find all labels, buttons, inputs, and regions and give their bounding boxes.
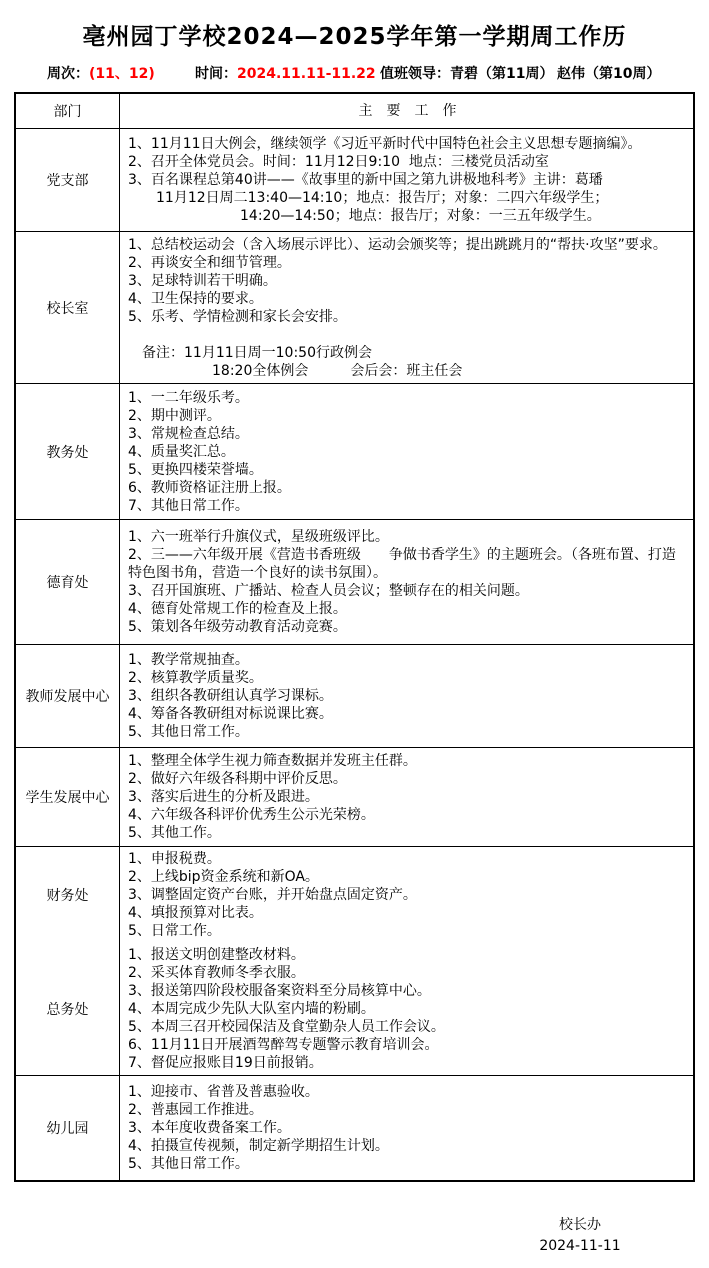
duty-label: 值班领导：: [380, 66, 450, 82]
work-line: 5、其他日常工作。: [128, 723, 687, 741]
dept-cell: 财务处: [16, 847, 120, 943]
work-line: 2、做好六年级各科期中评价反思。: [128, 770, 687, 788]
work-line: 4、质量奖汇总。: [128, 443, 687, 461]
footer-date: 2024-11-11: [500, 1236, 660, 1257]
table-row-finance-office: 财务处 1、申报税费。2、上线bip资金系统和新OA。3、调整固定资产台账，并开…: [16, 847, 693, 943]
work-line: [128, 326, 687, 344]
work-line: 3、调整固定资产台账，并开始盘点固定资产。: [128, 886, 687, 904]
duty-leader-field: 值班领导：青碧（第11周）: [380, 63, 553, 83]
table-row-party-branch: 党支部 1、11月11日大例会，继续领学《习近平新时代中国特色社会主义思想专题摘…: [16, 129, 693, 232]
week-label: 周次：: [47, 66, 89, 82]
work-line: 5、其他工作。: [128, 824, 687, 842]
time-value: 2024.11.11-11.22: [237, 66, 376, 82]
work-line: 2、三——六年级开展《营造书香班级 争做书香学生》的主题班会。（各班布置、打造特…: [128, 546, 687, 582]
work-line: 5、乐考、学情检测和家长会安排。: [128, 308, 687, 326]
work-line: 1、报送文明创建整改材料。: [128, 946, 687, 964]
work-cell: 1、教学常规抽查。2、核算教学质量奖。3、组织各教研组认真学习课标。4、筹备各教…: [120, 645, 693, 747]
work-line: 14:20—14:50；地点：报告厅；对象：一三五年级学生。: [128, 207, 687, 225]
header-work-cell: 主 要 工 作: [120, 94, 693, 128]
table-row-academic-office: 教务处 1、一二年级乐考。2、期中测评。3、常规检查总结。4、质量奖汇总。5、更…: [16, 384, 693, 520]
work-line: 2、期中测评。: [128, 407, 687, 425]
work-line: 6、教师资格证注册上报。: [128, 479, 687, 497]
work-line: 5、其他日常工作。: [128, 1155, 687, 1173]
work-schedule-table: 部门 主 要 工 作 党支部 1、11月11日大例会，继续领学《习近平新时代中国…: [14, 92, 695, 1182]
work-cell: 1、一二年级乐考。2、期中测评。3、常规检查总结。4、质量奖汇总。5、更换四楼荣…: [120, 384, 693, 519]
work-cell: 1、六一班举行升旗仪式，星级班级评比。2、三——六年级开展《营造书香班级 争做书…: [120, 520, 693, 644]
meta-bar: 周次：(11、12) 时间：2024.11.11-11.22 值班领导：青碧（第…: [0, 63, 709, 85]
work-line: 4、拍摄宣传视频，制定新学期招生计划。: [128, 1137, 687, 1155]
work-line: 3、落实后进生的分析及跟进。: [128, 788, 687, 806]
work-line: 1、一二年级乐考。: [128, 389, 687, 407]
dept-cell: 教师发展中心: [16, 645, 120, 747]
work-line: 备注：11月11日周一10:50行政例会: [128, 344, 687, 362]
work-line: 11月12日周二13:40—14:10；地点：报告厅；对象：二四六年级学生；: [128, 189, 687, 207]
work-line: 4、本周完成少先队大队室内墙的粉刷。: [128, 1000, 687, 1018]
duty-leader-field-2: 赵伟（第10周）: [557, 63, 660, 83]
work-line: 3、百名课程总第40讲——《故事里的新中国之第九讲极地科考》主讲：葛璠: [128, 171, 687, 189]
work-line: 3、本年度收费备案工作。: [128, 1119, 687, 1137]
work-cell: 1、报送文明创建整改材料。2、采买体育教师冬季衣服。3、报送第四阶段校服备案资料…: [120, 943, 693, 1075]
work-line: 7、督促应报账目19日前报销。: [128, 1054, 687, 1072]
work-line: 4、六年级各科评价优秀生公示光荣榜。: [128, 806, 687, 824]
document-page: 亳州园丁学校2024—2025学年第一学期周工作历 周次：(11、12) 时间：…: [0, 0, 709, 1268]
duty-value-1: 青碧（第11周）: [450, 66, 553, 82]
duty-value-2: 赵伟（第10周）: [557, 66, 660, 82]
dept-cell: 德育处: [16, 520, 120, 644]
dept-cell: 校长室: [16, 232, 120, 383]
work-line: 3、报送第四阶段校服备案资料至分局核算中心。: [128, 982, 687, 1000]
work-line: 5、本周三召开校园保洁及食堂勤杂人员工作会议。: [128, 1018, 687, 1036]
work-line: 7、其他日常工作。: [128, 497, 687, 515]
time-label: 时间：: [195, 66, 237, 82]
work-line: 5、策划各年级劳动教育活动竞赛。: [128, 618, 687, 636]
work-line: 6、11月11日开展酒驾醉驾专题警示教育培训会。: [128, 1036, 687, 1054]
work-cell: 1、迎接市、省普及普惠验收。2、普惠园工作推进。3、本年度收费备案工作。4、拍摄…: [120, 1076, 693, 1180]
table-header-row: 部门 主 要 工 作: [16, 94, 693, 129]
work-line: 1、11月11日大例会，继续领学《习近平新时代中国特色社会主义思想专题摘编》。: [128, 135, 687, 153]
work-line: 1、整理全体学生视力筛查数据并发班主任群。: [128, 752, 687, 770]
work-line: 4、筹备各教研组对标说课比赛。: [128, 705, 687, 723]
dept-cell: 幼儿园: [16, 1076, 120, 1180]
work-line: 2、再谈安全和细节管理。: [128, 254, 687, 272]
work-line: 1、六一班举行升旗仪式，星级班级评比。: [128, 528, 687, 546]
dept-cell: 党支部: [16, 129, 120, 231]
footer-signature: 校长办 2024-11-11: [500, 1215, 660, 1257]
time-field: 时间：2024.11.11-11.22: [195, 63, 376, 83]
work-line: 2、召开全体党员会。时间：11月12日9:10 地点：三楼党员活动室: [128, 153, 687, 171]
work-line: 4、卫生保持的要求。: [128, 290, 687, 308]
table-row-kindergarten: 幼儿园 1、迎接市、省普及普惠验收。2、普惠园工作推进。3、本年度收费备案工作。…: [16, 1076, 693, 1180]
work-line: 2、核算教学质量奖。: [128, 669, 687, 687]
work-line: 4、德育处常规工作的检查及上报。: [128, 600, 687, 618]
week-field: 周次：(11、12): [47, 63, 155, 83]
table-row-general-affairs: 总务处 1、报送文明创建整改材料。2、采买体育教师冬季衣服。3、报送第四阶段校服…: [16, 943, 693, 1076]
footer-office: 校长办: [500, 1215, 660, 1236]
dept-cell: 总务处: [16, 943, 120, 1075]
work-line: 1、总结校运动会（含入场展示评比）、运动会颁奖等；提出跳跳月的“帮扶·攻坚”要求…: [128, 236, 687, 254]
work-line: 3、组织各教研组认真学习课标。: [128, 687, 687, 705]
table-row-teacher-development: 教师发展中心 1、教学常规抽查。2、核算教学质量奖。3、组织各教研组认真学习课标…: [16, 645, 693, 748]
work-line: 2、上线bip资金系统和新OA。: [128, 868, 687, 886]
work-line: 5、日常工作。: [128, 922, 687, 940]
work-line: 1、教学常规抽查。: [128, 651, 687, 669]
work-line: 18:20全体例会 会后会：班主任会: [128, 362, 687, 380]
work-line: 5、更换四楼荣誉墙。: [128, 461, 687, 479]
work-line: 3、足球特训若干明确。: [128, 272, 687, 290]
dept-cell: 教务处: [16, 384, 120, 519]
page-title: 亳州园丁学校2024—2025学年第一学期周工作历: [0, 18, 709, 51]
table-row-principal-office: 校长室 1、总结校运动会（含入场展示评比）、运动会颁奖等；提出跳跳月的“帮扶·攻…: [16, 232, 693, 384]
dept-cell: 学生发展中心: [16, 748, 120, 846]
table-row-moral-education: 德育处 1、六一班举行升旗仪式，星级班级评比。2、三——六年级开展《营造书香班级…: [16, 520, 693, 645]
work-cell: 1、11月11日大例会，继续领学《习近平新时代中国特色社会主义思想专题摘编》。2…: [120, 129, 693, 231]
table-row-student-development: 学生发展中心 1、整理全体学生视力筛查数据并发班主任群。2、做好六年级各科期中评…: [16, 748, 693, 847]
work-line: 2、普惠园工作推进。: [128, 1101, 687, 1119]
work-cell: 1、申报税费。2、上线bip资金系统和新OA。3、调整固定资产台账，并开始盘点固…: [120, 847, 693, 943]
work-line: 1、迎接市、省普及普惠验收。: [128, 1083, 687, 1101]
work-line: 1、申报税费。: [128, 850, 687, 868]
week-value: (11、12): [89, 66, 155, 82]
work-line: 3、召开国旗班、广播站、检查人员会议；整顿存在的相关问题。: [128, 582, 687, 600]
work-cell: 1、整理全体学生视力筛查数据并发班主任群。2、做好六年级各科期中评价反思。3、落…: [120, 748, 693, 846]
work-line: 3、常规检查总结。: [128, 425, 687, 443]
work-line: 4、填报预算对比表。: [128, 904, 687, 922]
work-cell: 1、总结校运动会（含入场展示评比）、运动会颁奖等；提出跳跳月的“帮扶·攻坚”要求…: [120, 232, 693, 383]
header-dept-cell: 部门: [16, 94, 120, 128]
work-line: 2、采买体育教师冬季衣服。: [128, 964, 687, 982]
